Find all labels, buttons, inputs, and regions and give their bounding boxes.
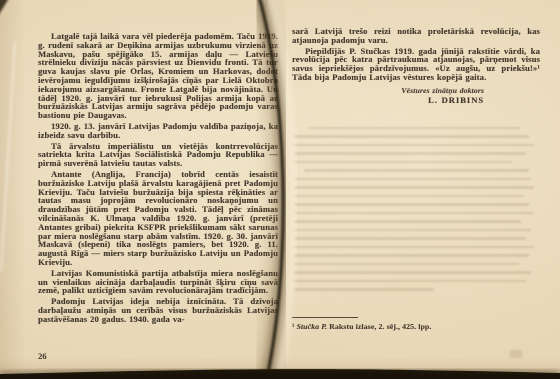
footnote-separator [292,317,358,318]
paragraph: Latvijas Komunistiskā partija atbalstīja… [38,269,278,295]
paragraph: Tā ārvalstu imperiālistu un vietējās kon… [38,142,278,168]
right-page-text-column: sarā Latvijā trešo reizi notika proletār… [292,27,540,106]
author-title: Vēstures zinātņu doktors [292,86,484,95]
scanned-book-spread: Latgalē tajā laikā vara vēl piederēja pa… [0,0,560,379]
page-number-left: 26 [38,351,47,361]
footnote: ¹Stučka P.Rakstu izlase, 2. sēj., 425. l… [292,317,540,331]
footnote-author: Stučka P. [296,322,327,331]
author-name: L. DRIBINS [292,95,484,106]
left-page-text-column: Latgalē tajā laikā vara vēl piederēja pa… [38,32,278,326]
footnote-text: ¹Stučka P.Rakstu izlase, 2. sēj., 425. l… [292,322,540,331]
book-page-left: Latgalē tajā laikā vara vēl piederēja pa… [0,0,278,379]
paragraph: 1920. g. 13. janvārī Latvijas Padomju va… [38,122,278,140]
book-paper: Latgalē tajā laikā vara vēl piederēja pa… [0,0,560,379]
bleed-through-page-number [510,350,522,358]
paragraph: Piepildījās P. Stučkas 1919. gada jūnijā… [292,47,540,82]
footnote-body: Rakstu izlase, 2. sēj., 425. lpp. [329,322,431,331]
author-byline: Vēstures zinātņu doktors L. DRIBINS [292,86,540,106]
paragraph: sarā Latvijā trešo reizi notika proletār… [292,27,540,45]
book-page-right: sarā Latvijā trešo reizi notika proletār… [284,0,560,379]
bleed-through-text [294,127,536,297]
footnote-marker: ¹ [292,322,294,331]
paragraph: Padomju Latvijas ideja nebija iznīcināta… [38,297,278,323]
paragraph: Latgalē tajā laikā vara vēl piederēja pa… [38,32,278,120]
paragraph: Antante (Anglija, Francija) tobrīd centā… [38,170,278,267]
